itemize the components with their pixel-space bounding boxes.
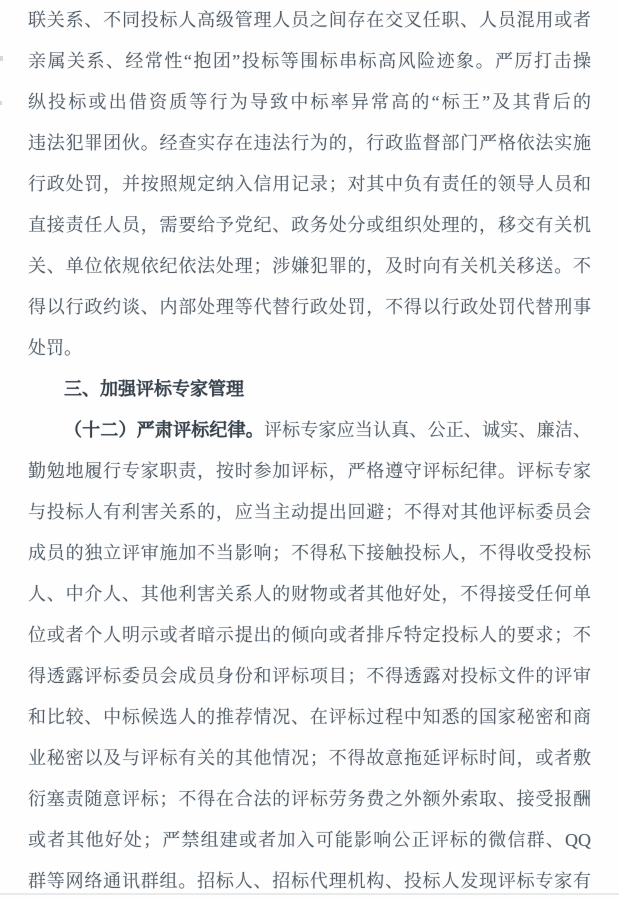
- text-line: 处罚。: [28, 328, 591, 369]
- text-line: 和比较、中标候选人的推荐情况、在评标过程中知悉的国家秘密和商: [28, 697, 591, 738]
- document-page: 联关系、不同投标人高级管理人员之间存在交叉任职、人员混用或者亲属关系、经常性“抱…: [0, 0, 619, 900]
- clause-paragraph-body: 勤勉地履行专家职责，按时参加评标，严格遵守评标纪律。评标专家与投标人有利害关系的…: [28, 451, 591, 900]
- scan-speck: [0, 101, 2, 105]
- text-line: 位或者个人明示或者暗示提出的倾向或者排斥特定投标人的要求；不: [28, 615, 591, 656]
- text-line: 直接责任人员，需要给予党纪、政务处分或组织处理的，移交有关机: [28, 205, 591, 246]
- text-line: 成员的独立评审施加不当影响；不得私下接触投标人，不得收受投标: [28, 533, 591, 574]
- scan-speck: [0, 56, 3, 61]
- document-content: 联关系、不同投标人高级管理人员之间存在交叉任职、人员混用或者亲属关系、经常性“抱…: [0, 0, 619, 900]
- text-line: 违法犯罪团伙。经查实存在违法行为的，行政监督部门严格依法实施: [28, 123, 591, 164]
- paragraph-continuation: 联关系、不同投标人高级管理人员之间存在交叉任职、人员混用或者亲属关系、经常性“抱…: [28, 0, 591, 369]
- section-heading: 三、加强评标专家管理: [28, 369, 591, 410]
- text-line: 或者其他好处；严禁组建或者加入可能影响公正评标的微信群、QQ: [28, 820, 591, 861]
- clause-first-line-rest: 评标专家应当认真、公正、诚实、廉洁、: [264, 420, 591, 440]
- text-line: 得透露评标委员会成员身份和评标项目；不得透露对投标文件的评审: [28, 656, 591, 697]
- text-line: 得以行政约谈、内部处理等代替行政处罚，不得以行政处罚代替刑事: [28, 287, 591, 328]
- text-line: 关、单位依规依纪依法处理；涉嫌犯罪的，及时向有关机关移送。不: [28, 246, 591, 287]
- scan-artifact-line: [0, 893, 619, 895]
- text-line: 纵投标或出借资质等行为导致中标率异常高的“标王”及其背后的: [28, 82, 591, 123]
- clause-first-line: （十二）严肃评标纪律。评标专家应当认真、公正、诚实、廉洁、: [28, 410, 591, 451]
- text-line: 勤勉地履行专家职责，按时参加评标，严格遵守评标纪律。评标专家: [28, 451, 591, 492]
- text-line: 行政处罚，并按照规定纳入信用记录；对其中负有责任的领导人员和: [28, 164, 591, 205]
- text-line: 与投标人有利害关系的，应当主动提出回避；不得对其他评标委员会: [28, 492, 591, 533]
- text-line: 亲属关系、经常性“抱团”投标等围标串标高风险迹象。严厉打击操: [28, 41, 591, 82]
- text-line: 业秘密以及与评标有关的其他情况；不得故意拖延评标时间，或者敷: [28, 738, 591, 779]
- text-line: 联关系、不同投标人高级管理人员之间存在交叉任职、人员混用或者: [28, 0, 591, 41]
- clause-bold-lead: （十二）严肃评标纪律。: [64, 420, 264, 440]
- text-line: 衍塞责随意评标；不得在合法的评标劳务费之外额外索取、接受报酬: [28, 779, 591, 820]
- text-line: 人、中介人、其他利害关系人的财物或者其他好处，不得接受任何单: [28, 574, 591, 615]
